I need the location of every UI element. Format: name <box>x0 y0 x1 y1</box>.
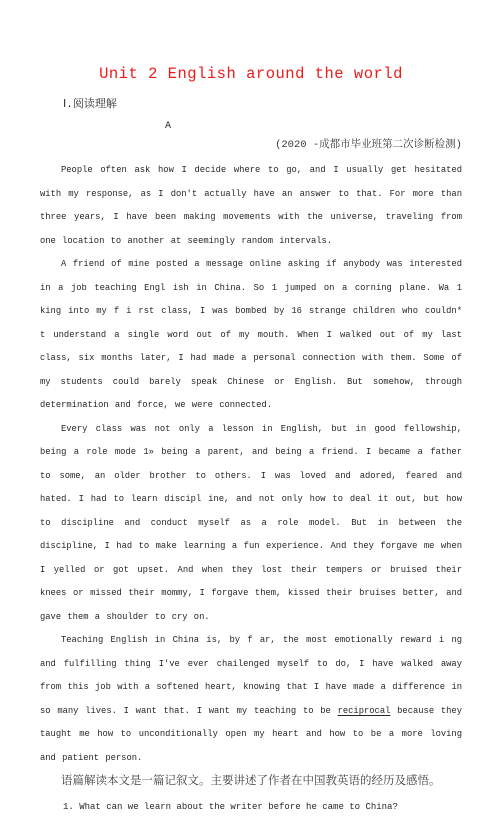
reading-passage: People often ask how I decide where to g… <box>40 159 462 770</box>
document-page: Unit 2 English around the world Ⅰ.阅读理解 A… <box>0 0 502 826</box>
exam-source-note: (2020 -成都市毕业班第二次诊断检测) <box>40 137 462 153</box>
passage-analysis-note: 语篇解读本文是一篇记叙文。主要讲述了作者在中国教英语的经历及感悟。 <box>40 770 462 794</box>
underlined-word-reciprocal: reciprocal <box>338 706 391 716</box>
passage-paragraph-4: Teaching English in China is, by f ar, t… <box>40 629 462 770</box>
passage-paragraph-2: A friend of mine posted a message online… <box>40 253 462 418</box>
question-1: 1. What can we learn about the writer be… <box>40 796 462 820</box>
paragraph-4-text-before: Teaching English in China is, by f ar, t… <box>40 635 462 716</box>
passage-label-a: A <box>40 119 462 135</box>
passage-paragraph-1: People often ask how I decide where to g… <box>40 159 462 253</box>
section-heading-reading-comprehension: Ⅰ.阅读理解 <box>40 97 462 113</box>
unit-title: Unit 2 English around the world <box>40 64 462 84</box>
passage-paragraph-3: Every class was not only a lesson in Eng… <box>40 418 462 630</box>
